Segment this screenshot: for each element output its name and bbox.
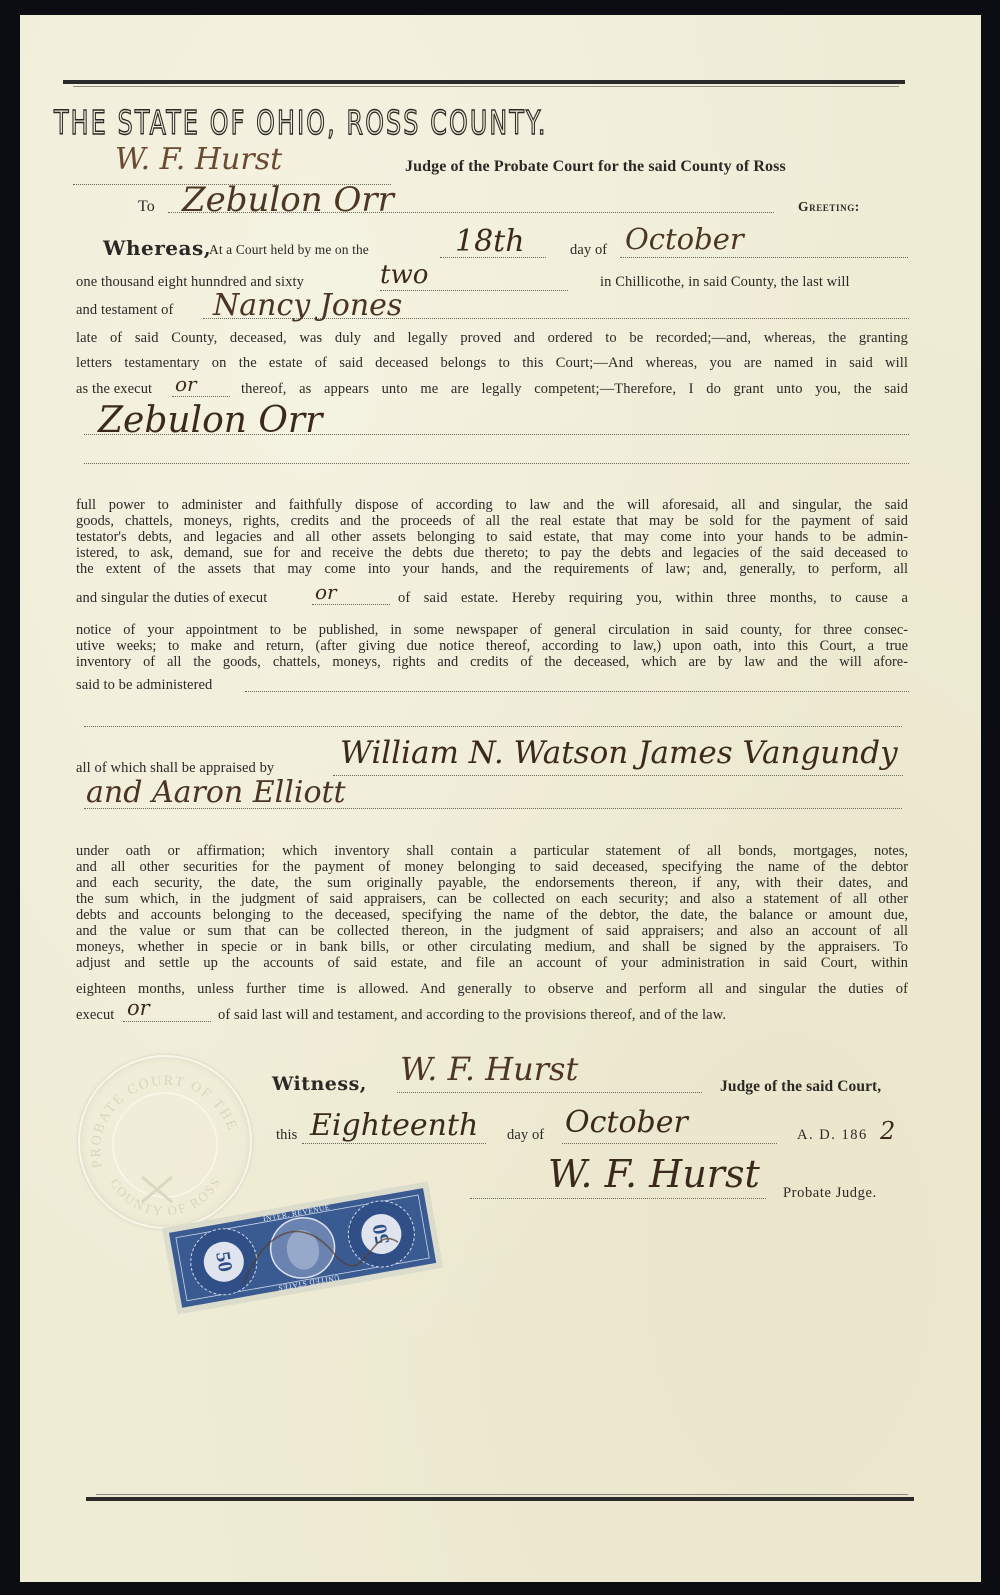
svg-text:50: 50 (211, 1250, 236, 1274)
inventory-line: and the value or sum that can be collect… (76, 923, 908, 939)
year-field (380, 290, 568, 291)
administered-label: said to be administered (76, 677, 212, 694)
to-label: To (138, 198, 155, 216)
deceased-handwritten: Nancy Jones (213, 288, 402, 323)
inventory-line: and all other securities for the payment… (76, 859, 908, 875)
date-this-label: this (276, 1127, 297, 1144)
date-month-field (562, 1143, 777, 1144)
signature-field (470, 1198, 766, 1199)
date-day-handwritten: Eighteenth (310, 1108, 478, 1143)
final-text-1: execut (76, 1007, 114, 1024)
month-handwritten: October (625, 222, 744, 256)
date-month-handwritten: October (565, 1105, 688, 1140)
testament-label: and testament of (76, 302, 173, 319)
final-suffix-field (123, 1021, 211, 1022)
inventory-line: debts and accounts belonging to the dece… (76, 907, 908, 923)
final-suffix-handwritten: or (127, 996, 150, 1020)
greeting-label: Greeting: (798, 199, 860, 215)
appraisers-handwritten-1: William N. Watson James Vangundy (340, 735, 898, 771)
day-of-label: day of (570, 242, 607, 259)
year-handwritten: two (380, 260, 428, 290)
svg-text:PROBATE COURT OF THE: PROBATE COURT OF THE (89, 1074, 240, 1169)
document-title: THE STATE OF OHIO, ROSS COUNTY. (54, 103, 548, 142)
duties-text-1: and singular the duties of execut (76, 590, 267, 607)
whereas-text: At a Court held by me on the (209, 242, 369, 258)
powers-line: goods, chattels, moneys, rights, credits… (76, 513, 908, 529)
eighteen-months-line: eighteen months, unless further time is … (76, 981, 908, 998)
duties-suffix-handwritten: or (315, 580, 337, 604)
date-year-label: A. D. 186 (797, 1127, 868, 1144)
embossed-court-seal: PROBATE COURT OF THE COUNTY OF ROSS O. (78, 1055, 252, 1229)
inventory-line: under oath or affirmation; which invento… (76, 843, 908, 859)
duties-text-2: of said estate. Hereby requiring you, wi… (398, 590, 908, 607)
date-day-field (302, 1143, 486, 1144)
inventory-line: adjust and settle up the accounts of sai… (76, 955, 908, 971)
witness-word: Witness, (272, 1073, 367, 1095)
appraisers-field-1 (333, 775, 903, 776)
seal-icon: PROBATE COURT OF THE COUNTY OF ROSS O. (80, 1057, 250, 1227)
executor-suffix-handwritten: or (175, 372, 197, 396)
body-line-1: late of said County, deceased, was duly … (76, 330, 908, 347)
bottom-rule (86, 1494, 914, 1501)
notice-line: notice of your appointment to be publish… (76, 622, 908, 638)
final-text-2: of said last will and testament, and acc… (218, 1007, 726, 1024)
date-day-of-label: day of (507, 1127, 544, 1144)
appraisers-handwritten-2: and Aaron Elliott (86, 775, 346, 810)
powers-line: testator's debts, and legacies and all o… (76, 529, 908, 545)
duties-suffix-field (312, 604, 390, 605)
notice-line: utive weeks; to make and return, (after … (76, 638, 908, 654)
executor-text-1: as the execut (76, 381, 152, 398)
svg-text:50: 50 (369, 1222, 394, 1246)
blank-line-1 (84, 463, 909, 464)
inventory-paragraph: under oath or affirmation; which invento… (76, 843, 908, 971)
witness-handwritten: W. F. Hurst (400, 1050, 578, 1088)
blank-line-2 (84, 726, 902, 727)
inventory-line: and each security, the date, the sum ori… (76, 875, 908, 891)
judge-signature-handwritten: W. F. Hurst (548, 1152, 760, 1196)
inventory-line: the sum which, in the judgment of said a… (76, 891, 908, 907)
probate-judge-label: Probate Judge. (783, 1185, 877, 1202)
witness-title-label: Judge of the said Court, (720, 1078, 881, 1096)
whereas-word: Whereas, (103, 236, 211, 260)
executor-suffix-field (172, 396, 230, 397)
administered-field (245, 691, 909, 692)
powers-paragraph: full power to administer and faithfully … (76, 497, 908, 577)
location-text: in Chillicothe, in said County, the last… (600, 274, 850, 291)
powers-line: the extent of the assets that may come i… (76, 561, 908, 577)
powers-line: full power to administer and faithfully … (76, 497, 908, 513)
witness-name-field (397, 1092, 702, 1093)
day-handwritten: 18th (455, 224, 525, 259)
judge-name-handwritten: W. F. Hurst (115, 142, 282, 177)
month-field (620, 257, 908, 258)
top-rule (63, 80, 905, 87)
executor-text-2: thereof, as appears unto me are legally … (241, 381, 908, 398)
powers-line: istered, to ask, demand, sue for and rec… (76, 545, 908, 561)
notice-paragraph: notice of your appointment to be publish… (76, 622, 908, 670)
date-year-handwritten: 2 (880, 1117, 895, 1145)
notice-line: inventory of all the goods, chattels, mo… (76, 654, 908, 670)
to-name-handwritten: Zebulon Orr (182, 180, 394, 220)
body-line-2: letters testamentary on the estate of sa… (76, 355, 908, 372)
inventory-line: moneys, whether in specie or in bank bil… (76, 939, 908, 955)
judge-title-label: Judge of the Probate Court for the said … (405, 158, 786, 176)
grantee-handwritten: Zebulon Orr (98, 400, 322, 441)
